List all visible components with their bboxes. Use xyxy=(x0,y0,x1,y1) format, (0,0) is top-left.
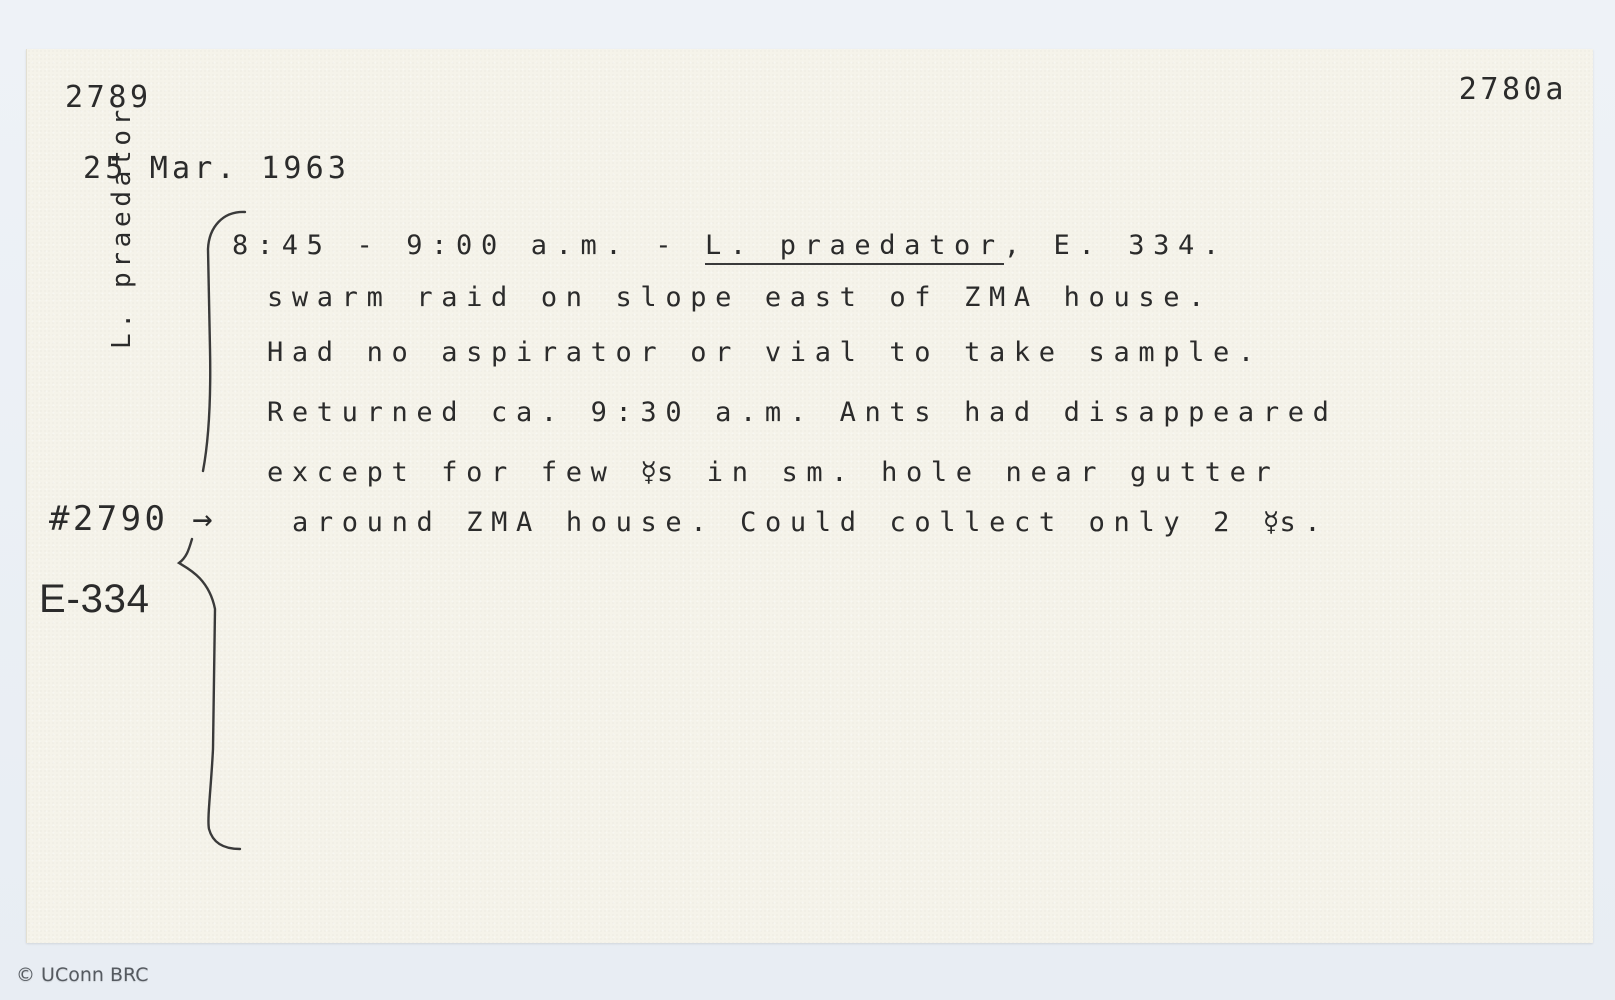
note-line-1: 8:45 - 9:00 a.m. - L. praedator, E. 334. xyxy=(232,232,1228,259)
note-line-5: except for few ☿s in sm. hole near gutte… xyxy=(267,459,1279,486)
note-line-4: Returned ca. 9:30 a.m. Ants had disappea… xyxy=(267,399,1338,426)
note-text: except for few xyxy=(267,457,640,488)
note-text: around ZMA house. Could collect only 2 xyxy=(292,507,1263,538)
scan-viewer: 2789 2780a 25 Mar. 1963 L. praedator 8:4… xyxy=(0,0,1615,1000)
note-line-2: swarm raid on slope east of ZMA house. xyxy=(267,284,1213,311)
field-reference: E-334 xyxy=(39,579,150,619)
note-line-3: Had no aspirator or vial to take sample. xyxy=(267,339,1263,366)
side-species-label: L. praedator xyxy=(107,105,137,349)
catalog-reference: #2790 → xyxy=(49,502,216,536)
note-line-6: around ZMA house. Could collect only 2 ☿… xyxy=(292,509,1329,536)
note-text: s in sm. hole near gutter xyxy=(657,457,1279,488)
worker-symbol-icon: ☿ xyxy=(1263,509,1280,536)
arrow-right-icon: → xyxy=(192,499,216,539)
copyright-notice: © UConn BRC xyxy=(16,964,149,986)
time-range: 8:45 - 9:00 a.m. - xyxy=(232,230,705,261)
species-name: L. praedator xyxy=(705,230,1004,265)
catalog-number-top-right: 2780a xyxy=(1459,75,1567,105)
worker-symbol-icon: ☿ xyxy=(640,459,657,486)
note-text: s. xyxy=(1280,507,1330,538)
specimen-ref: , E. 334. xyxy=(1004,230,1228,261)
catalog-ref-number: #2790 xyxy=(49,499,168,539)
field-note-card: 2789 2780a 25 Mar. 1963 L. praedator 8:4… xyxy=(26,49,1593,943)
